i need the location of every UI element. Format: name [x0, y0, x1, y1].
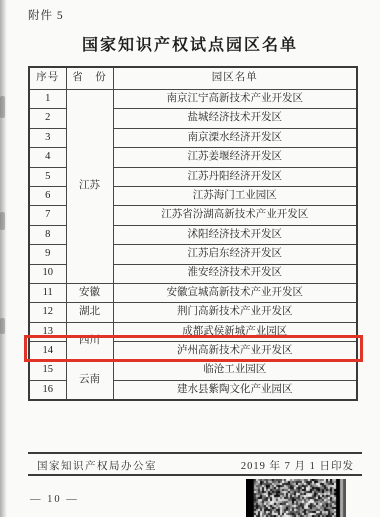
- footer-issuer: 国家知识产权局办公室: [37, 458, 157, 473]
- scan-smudge: [0, 318, 5, 334]
- park-cell: 临沧工业园区: [113, 361, 357, 380]
- pilot-parks-table: 序号 省 份 园区名单 1 江苏 南京江宁高新技术产业开发区 2 盐城经济技术开…: [28, 66, 358, 401]
- park-cell: 江苏姜堰经济开发区: [113, 148, 357, 167]
- row-index: 3: [29, 128, 66, 147]
- province-cell-jiangsu: 江苏: [66, 90, 113, 284]
- park-cell: 盐城经济技术开发区: [113, 109, 357, 128]
- province-cell-hubei: 湖北: [66, 303, 113, 322]
- park-cell: 荆门高新技术产业开发区: [113, 303, 357, 322]
- col-header-province: 省 份: [66, 67, 113, 90]
- scanned-document-page: 附件 5 国家知识产权试点园区名单 序号 省 份 园区名单 1 江苏 南京江宁高…: [0, 0, 380, 517]
- row-index: 11: [29, 283, 66, 302]
- park-cell: 成都武侯新城产业园区: [113, 322, 357, 341]
- row-index: 7: [29, 206, 66, 225]
- row-index: 13: [29, 322, 66, 341]
- park-cell: 建水县紫陶文化产业园区: [113, 380, 357, 400]
- footer-print-date: 2019 年 7 月 1 日印发: [241, 458, 354, 473]
- province-cell-yunnan: 云南: [66, 361, 113, 400]
- row-index: 16: [29, 380, 66, 400]
- park-cell: 江苏海门工业园区: [113, 186, 357, 205]
- park-cell: 淮安经济技术开发区: [113, 264, 357, 283]
- park-cell: 江苏省汾湖高新技术产业开发区: [113, 206, 357, 225]
- row-index: 5: [29, 167, 66, 186]
- table-row: 1 江苏 南京江宁高新技术产业开发区: [29, 90, 357, 109]
- footer-rule-top: [28, 452, 362, 454]
- row-index: 8: [29, 225, 66, 244]
- province-cell-sichuan: 四川: [66, 322, 113, 361]
- row-index: 14: [29, 342, 66, 361]
- table-row: 11 安徽 安徽宣城高新技术产业开发区: [29, 283, 357, 302]
- col-header-index: 序号: [29, 67, 66, 90]
- scan-smudge: [0, 96, 5, 118]
- attachment-label: 附件 5: [28, 7, 64, 23]
- province-cell-anhui: 安徽: [66, 283, 113, 302]
- row-index: 2: [29, 109, 66, 128]
- scan-edge-shadow: [0, 0, 7, 517]
- park-cell: 南京江宁高新技术产业开发区: [113, 90, 357, 109]
- row-index: 4: [29, 148, 66, 167]
- row-index: 6: [29, 186, 66, 205]
- page-number: — 10 —: [30, 494, 79, 505]
- page-title: 国家知识产权试点园区名单: [0, 32, 380, 55]
- table-row: 12 湖北 荆门高新技术产业开发区: [29, 303, 357, 322]
- park-cell: 沭阳经济技术开发区: [113, 225, 357, 244]
- park-cell: 江苏丹阳经济开发区: [113, 167, 357, 186]
- table-row: 13 四川 成都武侯新城产业园区: [29, 322, 357, 341]
- scan-smudge: [0, 212, 5, 230]
- park-cell: 安徽宣城高新技术产业开发区: [113, 283, 357, 302]
- col-header-park: 园区名单: [113, 67, 357, 90]
- row-index: 1: [29, 90, 66, 109]
- barcode: [246, 479, 346, 517]
- row-index: 15: [29, 361, 66, 380]
- footer-rule-bottom: [28, 474, 362, 476]
- park-cell: 南京溧水经济开发区: [113, 128, 357, 147]
- row-index: 12: [29, 303, 66, 322]
- row-index: 9: [29, 245, 66, 264]
- table-header-row: 序号 省 份 园区名单: [29, 67, 357, 90]
- table-row: 15 云南 临沧工业园区: [29, 361, 357, 380]
- park-cell-highlighted: 泸州高新技术产业开发区: [113, 342, 357, 361]
- park-cell: 江苏启东经济开发区: [113, 245, 357, 264]
- row-index: 10: [29, 264, 66, 283]
